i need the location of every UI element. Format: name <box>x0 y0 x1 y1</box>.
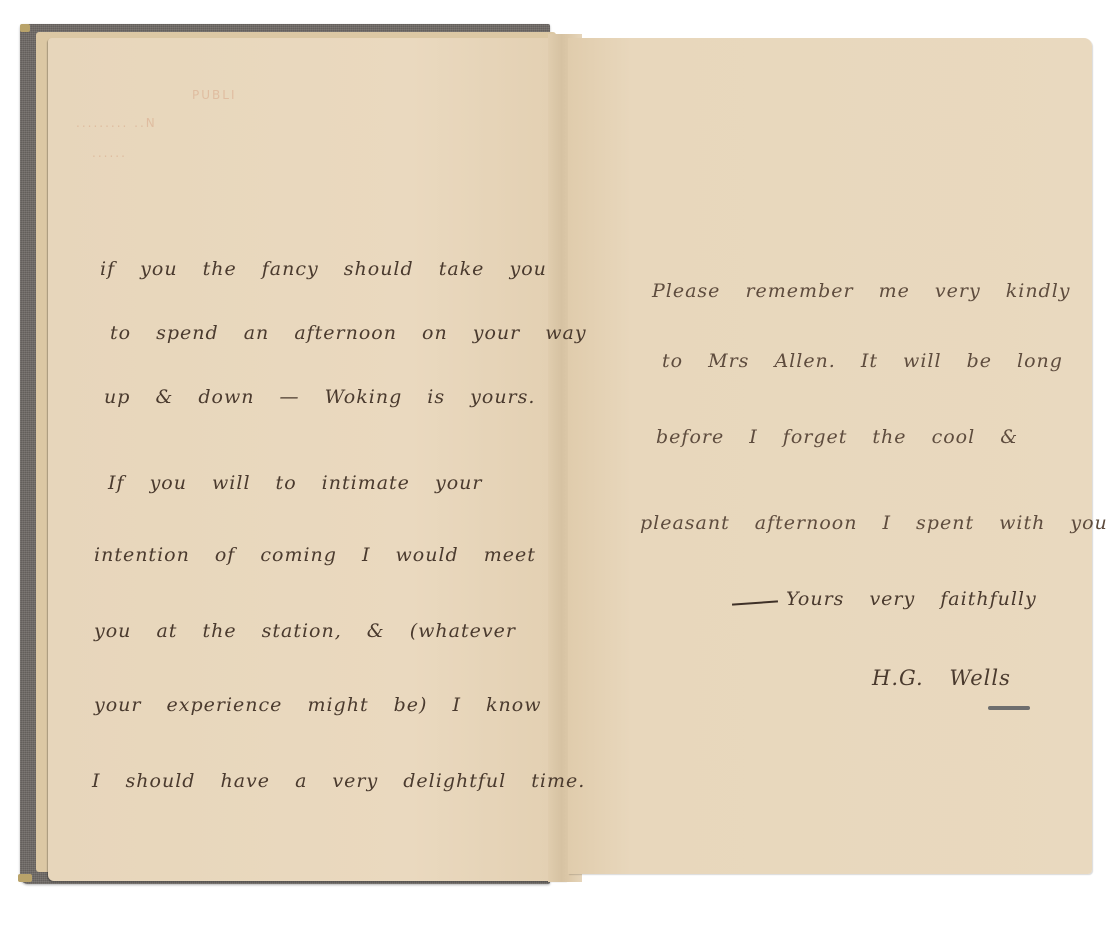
ghost-stamp-line-1: PUBLI <box>192 88 236 102</box>
letter-line-9: Please remember me very kindly <box>652 280 1071 302</box>
cover-corner-top <box>20 24 30 32</box>
letter-line-7: your experience might be) I know <box>94 694 542 716</box>
letter-line-8: I should have a very delightful time. <box>92 770 585 792</box>
letter-line-4: If you will to intimate your <box>108 472 482 494</box>
right-page <box>568 38 1092 874</box>
letter-closing: Yours very faithfully <box>786 588 1037 610</box>
letter-line-6: you at the station, & (whatever <box>94 620 516 642</box>
letter-line-10: to Mrs Allen. It will be long <box>662 350 1063 372</box>
letter-line-5: intention of coming I would meet <box>94 544 536 566</box>
letter-line-12: pleasant afternoon I spent with you <box>640 512 1108 534</box>
ghost-stamp-line-3: ...... <box>92 146 127 160</box>
letter-line-2: to spend an afternoon on your way <box>110 322 587 344</box>
left-page <box>48 38 568 881</box>
letter-line-3: up & down — Woking is yours. <box>104 386 535 408</box>
cover-corner-bottom <box>18 874 32 882</box>
ghost-stamp-line-2: ......... ..N <box>76 116 157 130</box>
signature: H.G. Wells <box>872 666 1011 690</box>
letter-line-1: if you the fancy should take you <box>100 258 547 280</box>
letter-line-11: before I forget the cool & <box>656 426 1018 448</box>
signature-underline <box>988 706 1030 710</box>
open-book: PUBLI ......... ..N ...... if you the fa… <box>0 0 1119 950</box>
